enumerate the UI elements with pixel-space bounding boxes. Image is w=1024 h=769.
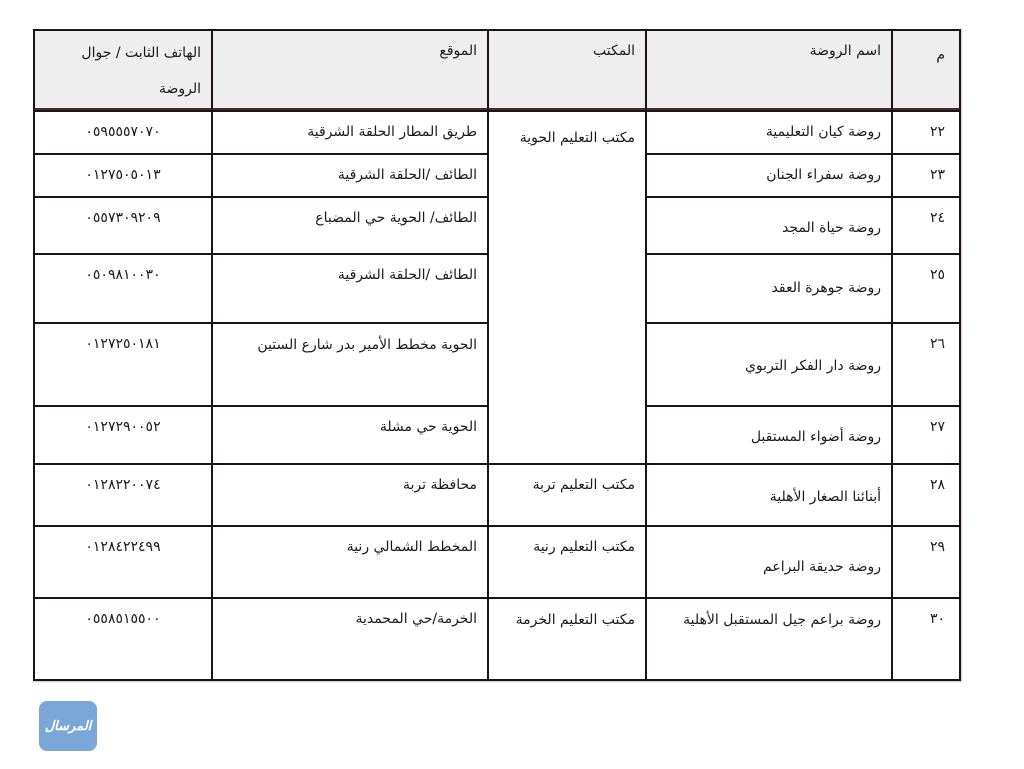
row-29-location: المخطط الشمالي رنية bbox=[211, 525, 489, 599]
row-24-index: ٢٤ bbox=[891, 196, 961, 255]
row-28-phone: ٠١٢٨٢٢٠٠٧٤ bbox=[33, 463, 213, 527]
row-28-location: محافظة تربة bbox=[211, 463, 489, 527]
row-23-index: ٢٣ bbox=[891, 153, 961, 198]
row-27-phone: ٠١٢٧٢٩٠٠٥٢ bbox=[33, 405, 213, 465]
row-25-name: روضة جوهرة العقد bbox=[645, 253, 893, 324]
office-hawiyah: مكتب التعليم الحوية bbox=[487, 110, 647, 465]
row-24-name: روضة حياة المجد bbox=[645, 196, 893, 255]
row-26-name: روضة دار الفكر التربوي bbox=[645, 322, 893, 407]
row-24-phone: ٠٥٥٧٣٠٩٢٠٩ bbox=[33, 196, 213, 255]
almrsal-logo: المرسال bbox=[39, 701, 97, 751]
row-23-location: الطائف /الحلقة الشرقية bbox=[211, 153, 489, 198]
row-26-phone: ٠١٢٧٢٥٠١٨١ bbox=[33, 322, 213, 407]
row-22-phone: ٠٥٩٥٥٥٧٠٧٠ bbox=[33, 110, 213, 155]
row-27-name: روضة أضواء المستقبل bbox=[645, 405, 893, 465]
header-phone: الهاتف الثابت / جوال الروضة bbox=[33, 29, 213, 111]
office-turabah: مكتب التعليم تربة bbox=[487, 463, 647, 527]
row-30-name: روضة براعم جيل المستقبل الأهلية bbox=[645, 597, 893, 681]
row-25-index: ٢٥ bbox=[891, 253, 961, 324]
header-location: الموقع bbox=[211, 29, 489, 111]
row-28-name: أبنائنا الصغار الأهلية bbox=[645, 463, 893, 527]
header-index: م bbox=[891, 29, 961, 111]
row-23-phone: ٠١٢٧٥٠٥٠١٣ bbox=[33, 153, 213, 198]
row-26-index: ٢٦ bbox=[891, 322, 961, 407]
row-23-name: روضة سفراء الجنان bbox=[645, 153, 893, 198]
row-30-location: الخرمة/حي المحمدية bbox=[211, 597, 489, 681]
header-name: اسم الروضة bbox=[645, 29, 893, 111]
row-22-location: طريق المطار الحلقة الشرقية bbox=[211, 110, 489, 155]
row-24-location: الطائف/ الحوية حي المضباع bbox=[211, 196, 489, 255]
office-khurmah: مكتب التعليم الخرمة bbox=[487, 597, 647, 681]
row-29-name: روضة حديقة البراعم bbox=[645, 525, 893, 599]
row-29-phone: ٠١٢٨٤٢٢٤٩٩ bbox=[33, 525, 213, 599]
row-30-index: ٣٠ bbox=[891, 597, 961, 681]
office-ranyah: مكتب التعليم رنية bbox=[487, 525, 647, 599]
row-25-phone: ٠٥٠٩٨١٠٠٣٠ bbox=[33, 253, 213, 324]
header-office: المكتب bbox=[487, 29, 647, 111]
logo-text: المرسال bbox=[45, 719, 92, 734]
row-22-index: ٢٢ bbox=[891, 110, 961, 155]
row-28-index: ٢٨ bbox=[891, 463, 961, 527]
row-30-phone: ٠٥٥٨٥١٥٥٠٠ bbox=[33, 597, 213, 681]
row-26-location: الحوية مخطط الأمير بدر شارع الستين bbox=[211, 322, 489, 407]
row-27-location: الحوية حي مشلة bbox=[211, 405, 489, 465]
row-22-name: روضة كيان التعليمية bbox=[645, 110, 893, 155]
row-25-location: الطائف /الحلقة الشرقية bbox=[211, 253, 489, 324]
row-27-index: ٢٧ bbox=[891, 405, 961, 465]
row-29-index: ٢٩ bbox=[891, 525, 961, 599]
